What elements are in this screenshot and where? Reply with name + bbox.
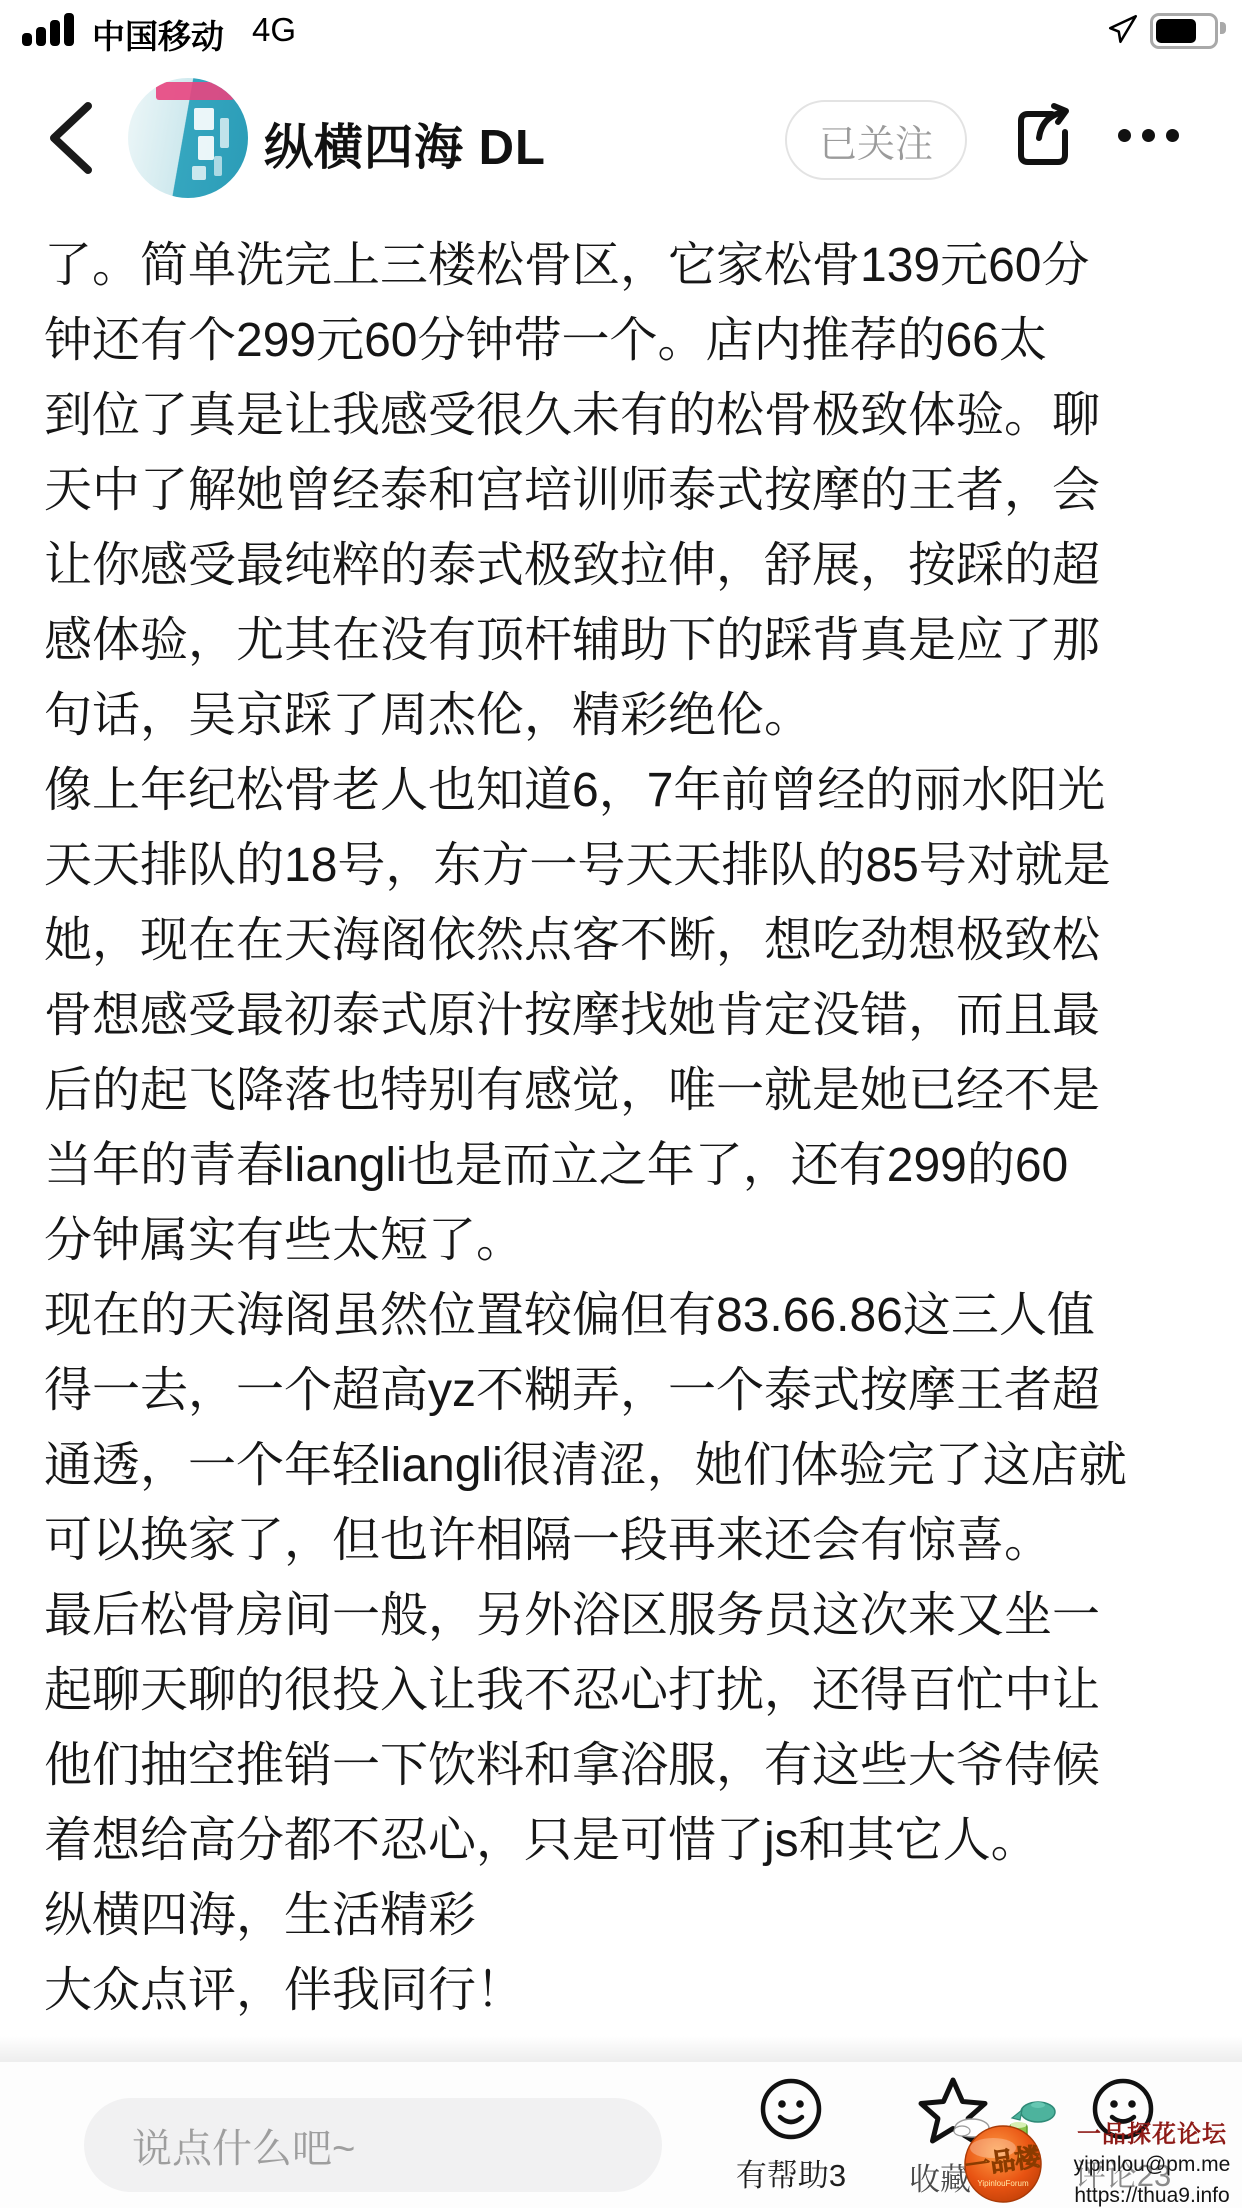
comment-smiley-icon	[1090, 2076, 1156, 2142]
comment-label: 评论23	[1058, 2150, 1188, 2195]
post-text-line: 让你感受最纯粹的泰式极致拉伸，舒展，按踩的超	[44, 528, 1198, 603]
post-text-line: 起聊天聊的很投入让我不忍心打扰，还得百忙中让	[44, 1653, 1198, 1728]
post-text-line: 当年的青春liangli也是而立之年了，还有299的60	[44, 1128, 1198, 1203]
post-text-line: 像上年纪松骨老人也知道6，7年前曾经的丽水阳光	[44, 753, 1198, 828]
location-arrow-icon	[1106, 12, 1140, 46]
helpful-label: 有帮助3	[726, 2150, 856, 2195]
post-text-line: 她，现在在天海阁依然点客不断，想吃劲想极致松	[44, 903, 1198, 978]
post-text-line: 通透，一个年轻liangli很清涩，她们体验完了这店就	[44, 1428, 1198, 1503]
post-text-line: 骨想感受最初泰式原汁按摩找她肯定没错，而且最	[44, 978, 1198, 1053]
avatar-decoration	[214, 156, 222, 176]
post-text-line: 后的起飞降落也特别有感觉，唯一就是她已经不是	[44, 1053, 1198, 1128]
battery-nub	[1220, 22, 1226, 34]
status-bar: 中国移动 4G	[0, 0, 1242, 60]
post-text-line: 钟还有个299元60分钟带一个。店内推荐的66太	[44, 303, 1198, 378]
avatar-decoration	[220, 118, 229, 148]
post-text-line: 句话，吴京踩了周杰伦，精彩绝伦。	[44, 678, 1198, 753]
avatar-decoration	[194, 108, 214, 130]
post-text-line: 最后松骨房间一般，另外浴区服务员这次来又坐一	[44, 1578, 1198, 1653]
ellipsis-icon	[1142, 129, 1155, 142]
network-type-label: 4G	[252, 11, 296, 49]
post-text-line: 大众点评，伴我同行！	[44, 1953, 1198, 2028]
post-text-line: 天天排队的18号，东方一号天天排队的85号对就是	[44, 828, 1198, 903]
comment-input-placeholder: 说点什么吧~	[132, 2117, 355, 2174]
user-name[interactable]: 纵横四海 DL	[264, 109, 546, 179]
avatar-decoration	[192, 166, 206, 180]
post-text-line: 分钟属实有些太短了。	[44, 1203, 1198, 1278]
comment-input[interactable]: 说点什么吧~	[84, 2098, 662, 2192]
post-text-line: 得一去，一个超高yz不糊弄，一个泰式按摩王者超	[44, 1353, 1198, 1428]
post-text-line: 可以换家了，但也许相隔一段再来还会有惊喜。	[44, 1503, 1198, 1578]
post-header: 纵横四海 DL 已关注	[0, 60, 1242, 210]
follow-button[interactable]: 已关注	[785, 100, 967, 180]
bottom-bar-shadow	[0, 2036, 1242, 2062]
favorite-label: 收藏 1	[888, 2154, 1018, 2199]
post-body: 了。简单洗完上三楼松骨区，它家松骨139元60分钟还有个299元60分钟带一个。…	[44, 228, 1198, 2028]
post-text-line: 天中了解她曾经泰和宫培训师泰式按摩的王者，会	[44, 453, 1198, 528]
ellipsis-icon	[1166, 129, 1179, 142]
app-screen: 中国移动 4G 纵横四海 DL 已关注	[0, 0, 1242, 2208]
avatar-decoration	[156, 82, 234, 100]
helpful-button[interactable]: 有帮助3	[726, 2076, 856, 2208]
more-button[interactable]	[1118, 120, 1202, 150]
signal-strength-icon	[22, 13, 78, 49]
avatar-decoration	[198, 136, 214, 160]
share-button[interactable]	[1012, 100, 1074, 170]
back-button[interactable]	[38, 98, 108, 178]
post-text-line: 现在的天海阁虽然位置较偏但有83.66.86这三人值	[44, 1278, 1198, 1353]
comment-button[interactable]: 评论23	[1058, 2076, 1188, 2208]
follow-button-label: 已关注	[819, 113, 933, 168]
carrier-label: 中国移动	[92, 11, 224, 58]
favorite-button[interactable]: 收藏 1	[888, 2076, 1018, 2208]
comment-bar: 说点什么吧~ 有帮助3 收藏 1 评论23	[0, 2062, 1242, 2208]
post-text-line: 纵横四海，生活精彩	[44, 1878, 1198, 1953]
post-text-line: 感体验，尤其在没有顶杆辅助下的踩背真是应了那	[44, 603, 1198, 678]
battery-fill	[1156, 19, 1196, 43]
avatar[interactable]	[128, 78, 248, 198]
post-text-line: 到位了真是让我感受很久未有的松骨极致体验。聊	[44, 378, 1198, 453]
post-text-line: 着想给高分都不忍心，只是可惜了js和其它人。	[44, 1803, 1198, 1878]
post-text-line: 了。简单洗完上三楼松骨区，它家松骨139元60分	[44, 228, 1198, 303]
post-text-line: 他们抽空推销一下饮料和拿浴服，有这些大爷侍候	[44, 1728, 1198, 1803]
battery-icon	[1150, 13, 1218, 49]
star-icon	[916, 2076, 990, 2146]
ellipsis-icon	[1118, 129, 1131, 142]
smiley-icon	[758, 2076, 824, 2142]
